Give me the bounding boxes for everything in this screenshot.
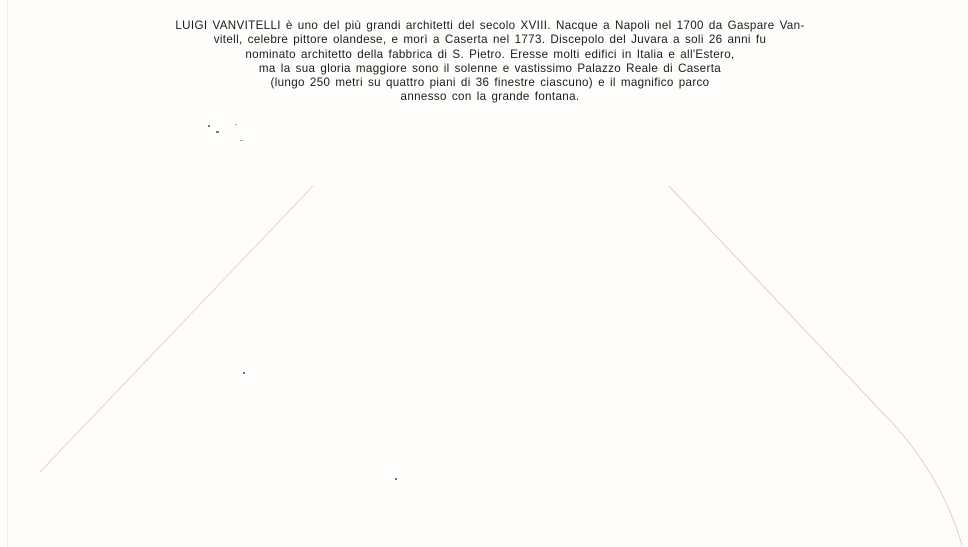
ink-speck [208,125,210,127]
text-line: vitell, celebre pittore olandese, e morì… [100,33,880,47]
biography-text: LUIGI VANVITELLI è uno del più grandi ar… [100,19,880,105]
ink-speck [395,478,397,480]
ink-speck [243,372,245,374]
ink-speck [240,140,243,141]
text-line: (lungo 250 metri su quattro piani di 36 … [100,76,880,90]
right-fold-line [669,186,962,545]
text-line: ma la sua gloria maggiore sono il solenn… [100,62,880,76]
text-line: annesso con la grande fontana. [100,90,880,104]
text-line: nominato architetto della fabbrica di S.… [100,48,880,62]
ink-speck [235,124,237,125]
text-line: LUIGI VANVITELLI è uno del più grandi ar… [100,19,880,33]
ink-speck [216,131,219,133]
left-fold-line [40,186,313,472]
